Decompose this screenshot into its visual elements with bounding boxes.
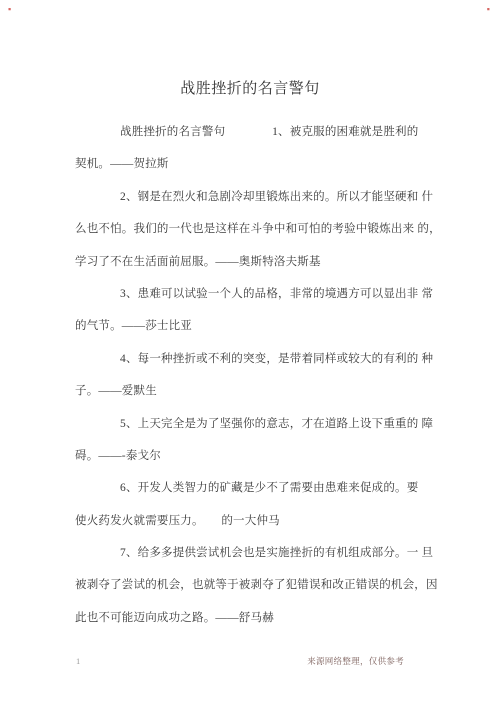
text-line: 战胜挫折的名言警句 1、被克服的困难就是胜利的 [75, 116, 423, 148]
red-corner-mark-right: ▪ [487, 5, 490, 14]
text-line: 6、开发人类智力的矿藏是少不了需要由患难来促成的。要 [75, 472, 423, 504]
text-line: 此也不可能迈向成功之路。——舒马赫 [75, 602, 423, 634]
text-line: 子。——爱默生 [75, 375, 423, 407]
red-corner-mark-left: ▪ [8, 5, 11, 14]
text-line: 5、上天完全是为了坚强你的意志，才在道路上设下重重的 障 [75, 408, 423, 440]
text-line: 碍。——-泰戈尔 [75, 440, 423, 472]
text-line: 3、患难可以试验一个人的品格，非常的境遇方可以显出非 常 [75, 278, 423, 310]
text-line: 被剥夺了尝试的机会，也就等于被剥夺了犯错误和改正错误的机会，因 [75, 569, 423, 601]
text-line: 么也不怕。我们的一代也是这样在斗争中和可怕的考验中锻炼出来 的， [75, 213, 423, 245]
text-line: 4、每一种挫折或不利的突变，是带着同样或较大的有利的 种 [75, 343, 423, 375]
page-footer: 1 来源网络整理，仅供参考 [0, 653, 500, 669]
text-line: 使火药发火就需要压力。 的一大仲马 [75, 505, 423, 537]
text-line: 2、钢是在烈火和急剧冷却里锻炼出来的。所以才能坚硬和 什 [75, 181, 423, 213]
document-body: 战胜挫折的名言警句 1、被克服的困难就是胜利的契机。——贺拉斯2、钢是在烈火和急… [75, 116, 423, 634]
page-title: 战胜挫折的名言警句 [0, 77, 500, 98]
text-line: 契机。——贺拉斯 [75, 148, 423, 180]
page-number: 1 [76, 653, 80, 669]
text-line: 学习了不在生活面前屈服。——奥斯特洛夫斯基 [75, 246, 423, 278]
text-line: 7、给多多提供尝试机会也是实施挫折的有机组成部分。一 旦 [75, 537, 423, 569]
document-page: ▪ ▪ 战胜挫折的名言警句 战胜挫折的名言警句 1、被克服的困难就是胜利的契机。… [0, 0, 500, 708]
footer-note: 来源网络整理，仅供参考 [307, 653, 404, 669]
text-line: 的气节。——莎士比亚 [75, 310, 423, 342]
